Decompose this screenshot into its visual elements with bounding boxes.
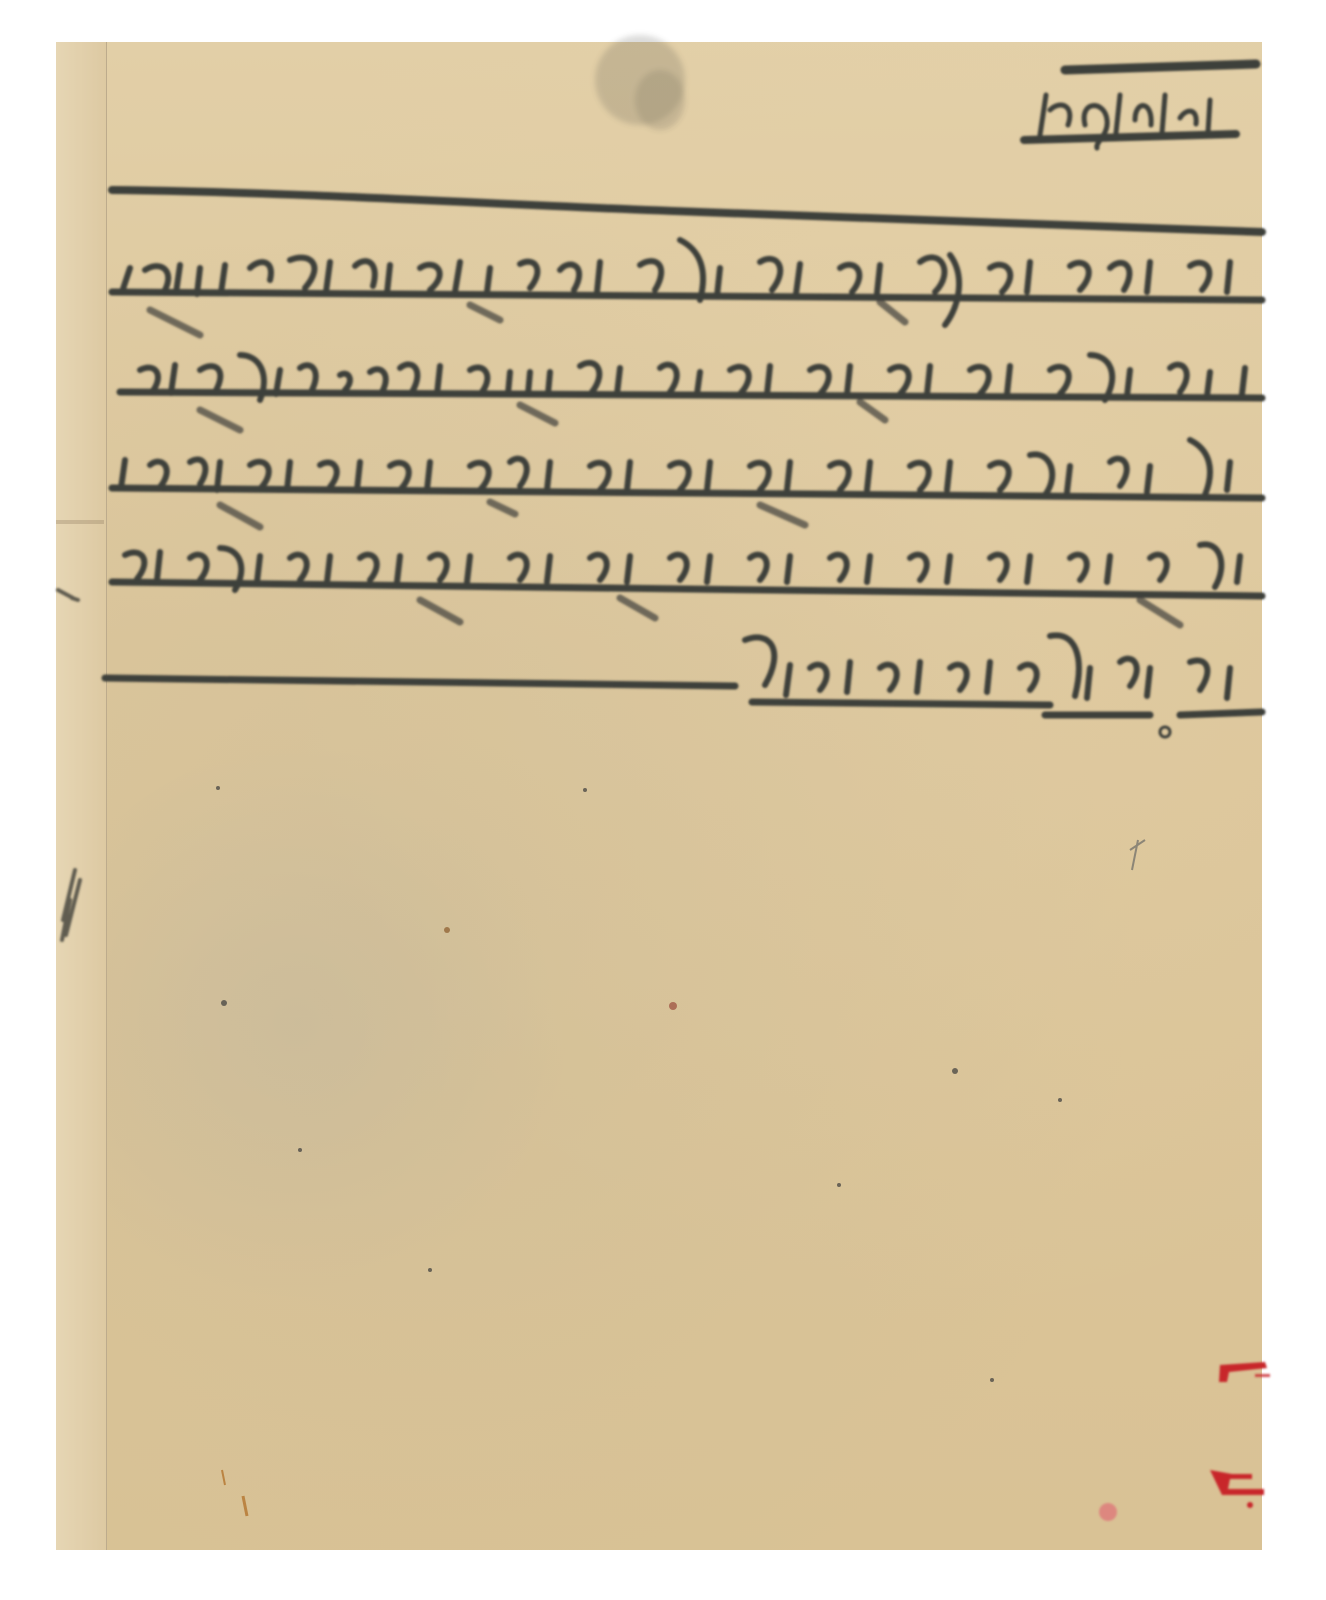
text-line-3-ink bbox=[112, 440, 1262, 527]
handwriting-layer bbox=[0, 0, 1326, 1600]
text-line-5-ink bbox=[105, 635, 1262, 737]
paper-specks bbox=[216, 786, 1145, 1516]
marginal-strokes bbox=[58, 590, 80, 940]
text-line-4-ink bbox=[112, 544, 1262, 625]
top-rule bbox=[112, 190, 1262, 232]
red-ink-marks bbox=[1099, 1362, 1270, 1521]
text-line-1-ink bbox=[112, 240, 1262, 335]
ink-smudge bbox=[595, 35, 685, 130]
heading-ink bbox=[1024, 64, 1256, 148]
text-line-2-ink bbox=[120, 355, 1262, 430]
